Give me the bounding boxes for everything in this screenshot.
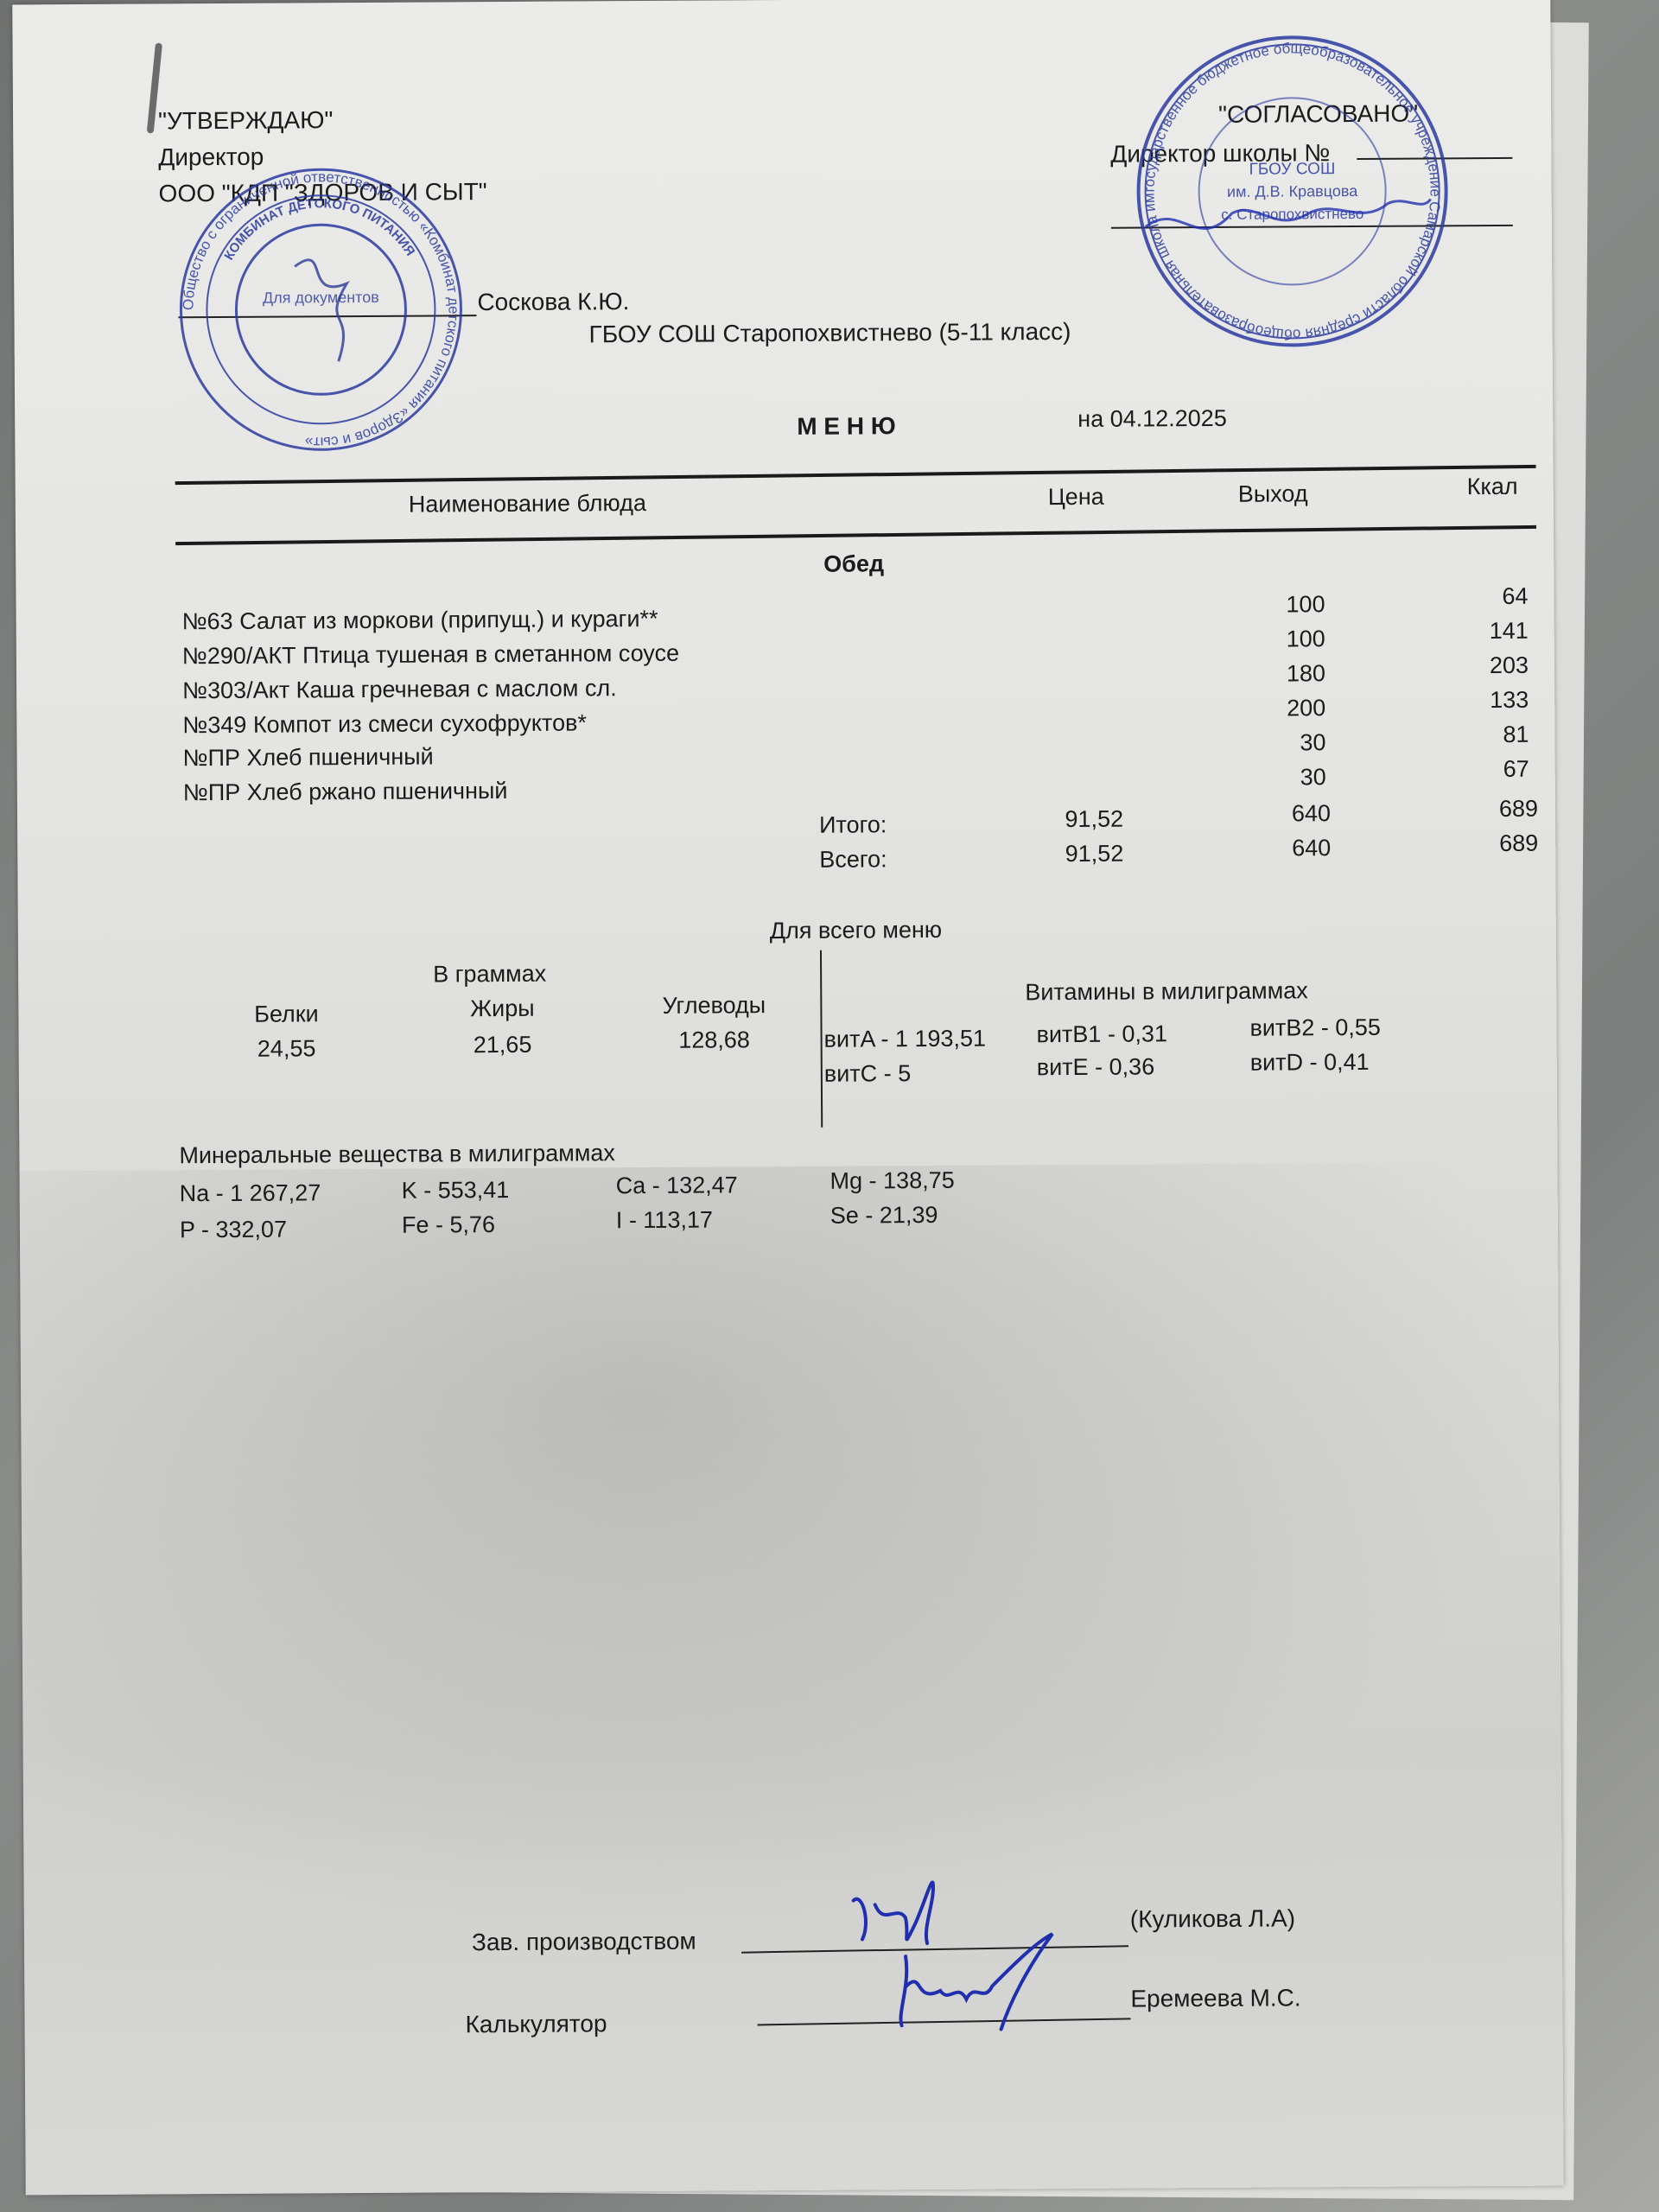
dish-name: №63 Салат из моркови (припущ.) и кураги*… [182, 606, 658, 635]
school-stamp: государственное бюджетное общеобразовате… [1127, 26, 1457, 356]
nutrition-divider [820, 950, 823, 1128]
calculator-name: Еремеева М.С. [1130, 1984, 1300, 2012]
dish-name: №ПР Хлеб ржано пшеничный [183, 778, 508, 806]
macro-label-protein: Белки [226, 1001, 346, 1028]
dish-kcal: 64 [1441, 583, 1528, 611]
dish-kcal: 81 [1442, 721, 1529, 749]
grams-caption: В граммах [433, 961, 546, 988]
dish-name: №303/Акт Каша гречневая с маслом сл. [182, 675, 617, 704]
column-header-name: Наименование блюда [409, 490, 646, 518]
minerals-caption: Минеральные вещества в милиграммах [179, 1140, 615, 1169]
vitamins-caption: Витамины в милиграммах [1025, 977, 1308, 1006]
vitamin-a: витA - 1 193,51 [824, 1026, 987, 1053]
menu-title: М Е Н Ю [797, 412, 896, 441]
stamp-center-text: Для документов [263, 289, 379, 307]
mineral-mg: Mg - 138,75 [830, 1167, 955, 1195]
menu-rows: №63 Салат из моркови (припущ.) и кураги*… [12, 0, 1550, 4]
total-label: Всего: [819, 846, 887, 873]
calculator-label: Калькулятор [465, 2010, 607, 2038]
production-name: (Куликова Л.А) [1130, 1904, 1295, 1933]
mineral-na: Na - 1 267,27 [180, 1179, 321, 1207]
vitamin-e: витE - 0,36 [1037, 1053, 1155, 1081]
vitamin-c: витC - 5 [824, 1060, 912, 1088]
macro-label-carbs: Углеводы [645, 992, 783, 1020]
column-header-kcal: Ккал [1467, 474, 1518, 500]
mineral-p: P - 332,07 [180, 1217, 287, 1244]
menu-document: "УТВЕРЖДАЮ" Директор ООО "КДП "ЗДОРОВ И … [12, 0, 1563, 2195]
column-header-output: Выход [1238, 480, 1308, 507]
total-price: 91,52 [1011, 841, 1123, 868]
dish-name: №ПР Хлеб пшеничный [183, 743, 434, 772]
dish-output: 100 [1238, 591, 1325, 619]
mineral-k: K - 553,41 [402, 1177, 510, 1205]
mineral-ca: Ca - 132,47 [616, 1172, 738, 1199]
subtotal-price: 91,52 [1011, 806, 1123, 834]
macro-label-fat: Жиры [442, 995, 563, 1023]
mineral-i: I - 113,17 [616, 1207, 713, 1235]
header-top-rule [175, 465, 1536, 485]
dish-name: №290/АКТ Птица тушеная в сметанном соусе [182, 640, 679, 671]
dish-output: 180 [1239, 660, 1325, 688]
menu-row: №ПР Хлеб пшеничный3081 [12, 0, 1550, 4]
total-output: 640 [1244, 835, 1331, 862]
dish-kcal: 67 [1443, 756, 1529, 784]
dish-kcal: 141 [1442, 618, 1529, 645]
dish-output: 200 [1239, 695, 1325, 722]
approve-title: "УТВЕРЖДАЮ" [158, 106, 333, 135]
dish-output: 100 [1239, 626, 1325, 653]
stamp-center-line-1: ГБОУ СОШ [1249, 160, 1336, 179]
total-kcal: 689 [1452, 830, 1538, 858]
menu-row: №290/АКТ Птица тушеная в сметанном соусе… [12, 0, 1550, 4]
menu-date: на 04.12.2025 [1077, 405, 1227, 433]
macro-value-protein: 24,55 [226, 1035, 347, 1063]
school-name: ГБОУ СОШ Старопохвистнево (5-11 класс) [589, 318, 1071, 348]
header-bottom-rule [175, 525, 1536, 545]
subtotal-output: 640 [1244, 800, 1331, 828]
menu-row: №303/Акт Каша гречневая с маслом сл.1802… [12, 0, 1550, 4]
menu-row: №ПР Хлеб ржано пшеничный3067 [12, 0, 1550, 4]
dish-kcal: 133 [1442, 687, 1529, 715]
company-stamp: Общество с ограниченной ответственностью… [173, 162, 468, 457]
vitamin-d: витD - 0,41 [1250, 1049, 1370, 1077]
menu-row: №349 Компот из смеси сухофруктов*200133 [12, 0, 1550, 4]
dish-name: №349 Компот из смеси сухофруктов* [182, 709, 587, 739]
production-label: Зав. производством [472, 1928, 696, 1957]
nutrition-caption: Для всего меню [770, 917, 942, 944]
dish-output: 30 [1239, 729, 1325, 757]
vitamin-b2: витB2 - 0,55 [1249, 1014, 1381, 1042]
mineral-fe: Fe - 5,76 [402, 1211, 495, 1239]
vitamin-b1: витB1 - 0,31 [1036, 1020, 1167, 1048]
subtotal-kcal: 689 [1452, 796, 1538, 823]
dish-kcal: 203 [1442, 652, 1529, 680]
section-title-lunch: Обед [823, 550, 884, 577]
dish-output: 30 [1240, 764, 1326, 791]
subtotal-label: Итого: [819, 811, 887, 838]
column-header-price: Цена [1048, 484, 1104, 511]
mineral-se: Se - 21,39 [830, 1202, 938, 1230]
macro-value-carbs: 128,68 [645, 1027, 784, 1054]
approve-signer: Соскова К.Ю. [477, 288, 629, 316]
menu-row: №63 Салат из моркови (припущ.) и кураги*… [12, 0, 1550, 4]
shadow-overlay [20, 1162, 1562, 1949]
stamp-center-line-2: им. Д.В. Кравцова [1227, 182, 1358, 200]
macro-value-fat: 21,65 [442, 1032, 563, 1059]
director-signature [295, 260, 347, 362]
handwritten-signatures [836, 1873, 1071, 2039]
